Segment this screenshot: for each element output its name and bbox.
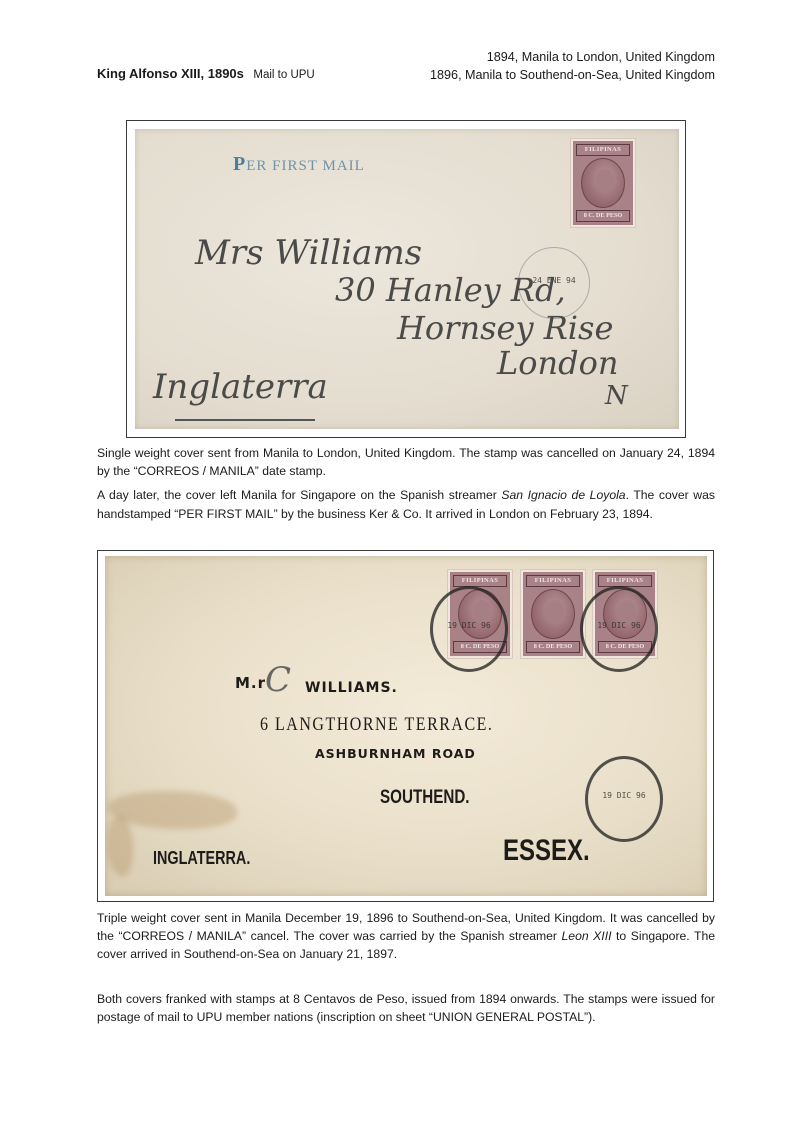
envelope: PER FIRST MAIL 24 ENE 94 FILIPINAS 8 C. … [135, 129, 679, 429]
underline [175, 419, 315, 421]
page-subtitle: Mail to UPU [253, 69, 314, 81]
cover-1896-caption: Triple weight cover sent in Manila Decem… [97, 909, 715, 964]
address-initial: C [265, 660, 291, 700]
country-inglaterra: INGLATERRA. [153, 848, 250, 869]
stamp-8c-filipinas-2: FILIPINAS 8 C. DE PESO [523, 572, 583, 656]
route-1896: 1896, Manila to Southend-on-Sea, United … [430, 66, 715, 84]
cancel-mark-2: 19 DIC 96 [580, 586, 658, 672]
route-1894: 1894, Manila to London, United Kingdom [430, 48, 715, 66]
address-line-city: London [497, 344, 618, 382]
cover-1896-image: FILIPINAS 8 C. DE PESO FILIPINAS 8 C. DE… [97, 550, 714, 902]
postmark-correos-manila: 19 DIC 96 [585, 756, 663, 842]
address-county: ESSEX. [503, 834, 590, 868]
footer-note: Both covers franked with stamps at 8 Cen… [97, 990, 715, 1026]
caption-paragraph-2: A day later, the cover left Manila for S… [97, 486, 715, 522]
cover-1894-caption: Single weight cover sent from Manila to … [97, 444, 715, 523]
page-header-left: King Alfonso XIII, 1890s Mail to UPU [97, 66, 315, 81]
country-inglaterra: Inglaterra [153, 367, 328, 407]
route-list: 1894, Manila to London, United Kingdom 1… [430, 48, 715, 84]
address-line-postcode: N [605, 381, 628, 411]
address-name: WILLIAMS. [305, 680, 398, 696]
address-salutation: M.r [235, 674, 266, 692]
envelope: FILIPINAS 8 C. DE PESO FILIPINAS 8 C. DE… [105, 556, 707, 896]
king-portrait-icon [581, 158, 625, 208]
address-line-street: 30 Hanley Rd, [335, 271, 566, 309]
page-title: King Alfonso XIII, 1890s [97, 66, 244, 81]
water-stain [107, 816, 133, 876]
address-street: 6 LANGTHORNE TERRACE. [260, 714, 493, 736]
address-line-name: Mrs Williams [195, 233, 422, 273]
king-portrait-icon [531, 589, 575, 639]
cancel-mark-1: 19 DIC 96 [430, 586, 508, 672]
caption-paragraph: Triple weight cover sent in Manila Decem… [97, 909, 715, 964]
cover-1894-image: PER FIRST MAIL 24 ENE 94 FILIPINAS 8 C. … [126, 120, 686, 438]
address-line-district: Hornsey Rise [397, 309, 613, 347]
address-road: ASHBURNHAM ROAD [315, 746, 476, 761]
stamp-8c-filipinas: FILIPINAS 8 C. DE PESO [573, 141, 633, 225]
per-first-mail-handstamp: PER FIRST MAIL [233, 153, 365, 176]
caption-paragraph-1: Single weight cover sent from Manila to … [97, 444, 715, 480]
address-town: SOUTHEND. [380, 787, 470, 809]
